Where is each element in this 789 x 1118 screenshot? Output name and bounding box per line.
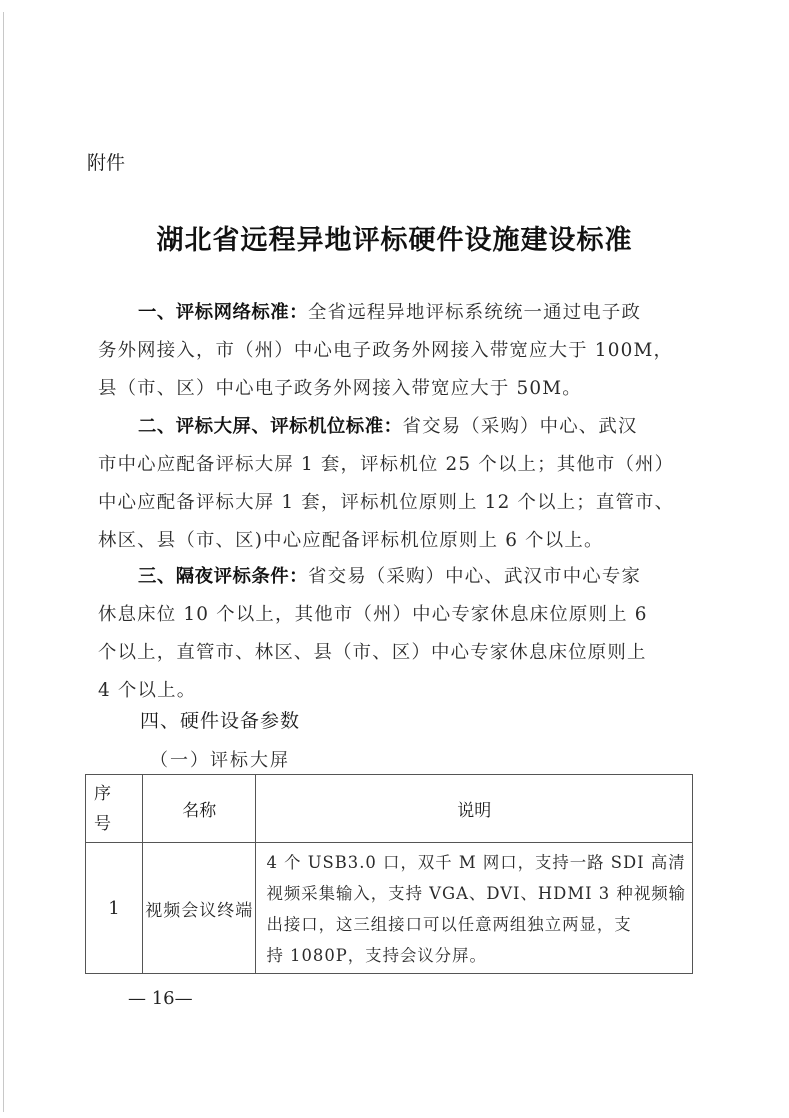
cell-seq: 1	[86, 843, 143, 974]
section-text: 省交易（采购）中心、武汉	[402, 416, 637, 437]
desc-line: 4 个 USB3.0 口，双千 M 网口，支持一路 SDI 高清	[266, 847, 686, 878]
section-network-standard: 一、评标网络标准：全省远程异地评标系统统一通过电子政 务外网接入，市（州）中心电…	[98, 294, 693, 408]
hardware-spec-table: 序 号 名称 说明 1 视频会议终端 4 个 USB3.0 口，双千 M 网口，…	[85, 774, 693, 974]
table-header-row: 序 号 名称 说明	[86, 775, 693, 843]
section-text: 全省远程异地评标系统统一通过电子政	[308, 302, 641, 323]
section-text: 省交易（采购）中心、武汉市中心专家	[308, 566, 641, 587]
table-row: 1 视频会议终端 4 个 USB3.0 口，双千 M 网口，支持一路 SDI 高…	[86, 843, 693, 974]
section-text: 4 个以上。	[98, 672, 693, 710]
scan-edge-line	[3, 12, 4, 1112]
section-lead: 三、隔夜评标条件：	[138, 566, 308, 587]
section-text: 中心应配备评标大屏 1 套，评标机位原则上 12 个以上；直管市、	[98, 484, 693, 522]
section-text: 林区、县（市、区)中心应配备评标机位原则上 6 个以上。	[98, 522, 693, 560]
desc-line: 出接口，这三组接口可以任意两组独立两显，支	[266, 909, 686, 940]
header-desc: 说明	[256, 775, 693, 843]
page-number: — 16—	[128, 988, 193, 1009]
section-text: 县（市、区）中心电子政务外网接入带宽应大于 50M。	[98, 370, 693, 408]
section-screen-seat-standard: 二、评标大屏、评标机位标准：省交易（采购）中心、武汉 市中心应配备评标大屏 1 …	[98, 408, 693, 560]
section-overnight-conditions: 三、隔夜评标条件：省交易（采购）中心、武汉市中心专家 休息床位 10 个以上，其…	[98, 558, 693, 710]
section-lead: 二、评标大屏、评标机位标准：	[138, 416, 402, 437]
cell-desc: 4 个 USB3.0 口，双千 M 网口，支持一路 SDI 高清 视频采集输入，…	[256, 843, 693, 974]
subsection-screen-heading: （一）评标大屏	[150, 746, 290, 772]
section-text: 务外网接入，市（州）中心电子政务外网接入带宽应大于 100M，	[98, 332, 693, 370]
header-seq-char: 号	[94, 809, 142, 839]
section-text: 市中心应配备评标大屏 1 套，评标机位 25 个以上；其他市（州）	[98, 446, 693, 484]
section-hardware-heading: 四、硬件设备参数	[140, 706, 300, 733]
document-title: 湖北省远程异地评标硬件设施建设标准	[0, 218, 789, 257]
cell-name: 视频会议终端	[142, 843, 256, 974]
header-seq-char: 序	[94, 779, 142, 809]
attachment-label: 附件	[87, 148, 125, 175]
header-seq: 序 号	[86, 775, 143, 843]
section-text: 休息床位 10 个以上，其他市（州）中心专家休息床位原则上 6	[98, 596, 693, 634]
desc-line: 视频采集输入，支持 VGA、DVI、HDMI 3 种视频输	[266, 878, 686, 909]
desc-line: 持 1080P，支持会议分屏。	[266, 940, 686, 971]
section-lead: 一、评标网络标准：	[138, 302, 308, 323]
section-text: 个以上，直管市、林区、县（市、区）中心专家休息床位原则上	[98, 634, 693, 672]
header-name: 名称	[142, 775, 256, 843]
